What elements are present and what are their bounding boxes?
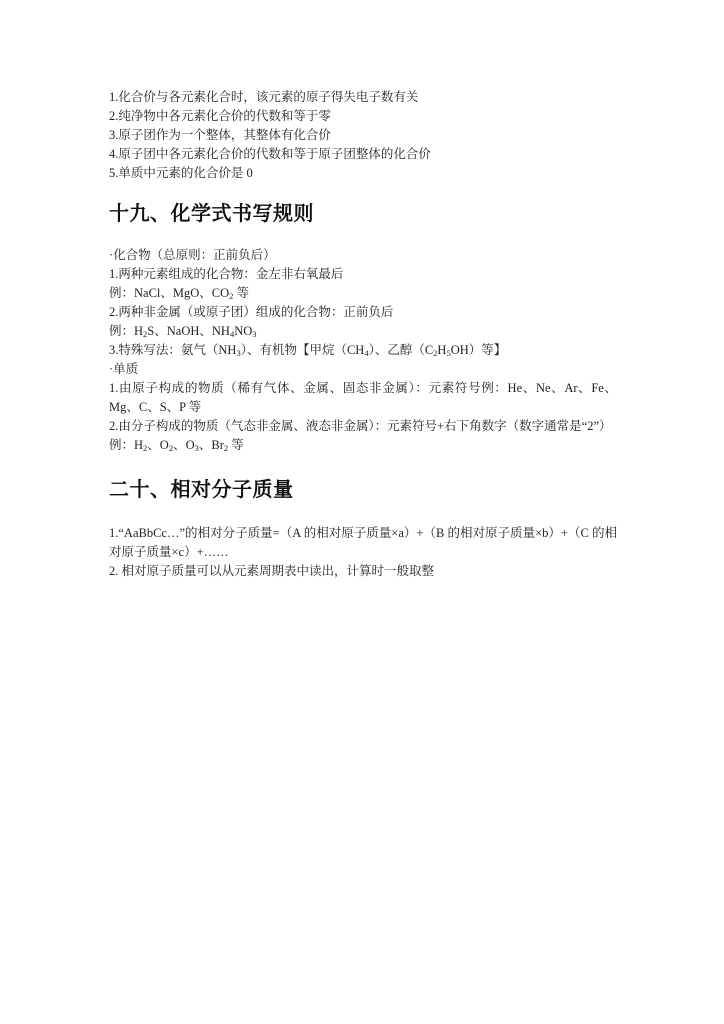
valence-rule: 3.原子团作为一个整体，其整体有化合价 <box>109 126 617 145</box>
example-prefix: 例： <box>109 286 134 300</box>
molecular-mass-rule-2: 2. 相对原子质量可以从元素周期表中读出，计算时一般取整 <box>109 562 617 581</box>
formula-text: ）、有机物【甲烷（CH <box>241 343 365 357</box>
subscript: 3 <box>252 329 256 339</box>
formula-text: 、O <box>173 438 195 452</box>
compound-example-2: 例：H2S、NaOH、NH4NO3 <box>109 322 617 341</box>
compound-example-1: 例：NaCl、MgO、CO2 等 <box>109 284 617 303</box>
formula-text: 、O <box>147 438 169 452</box>
formula-text: H <box>134 438 143 452</box>
section-19-heading: 十九、化学式书写规则 <box>109 199 617 227</box>
valence-rule: 1.化合价与各元素化合时，该元素的原子得失电子数有关 <box>109 88 617 107</box>
section-19-body: ·化合物（总原则：正前负后） 1.两种元素组成的化合物：金左非右氧最后 例：Na… <box>109 246 617 455</box>
formula-text: 、Br <box>199 438 224 452</box>
formula-text: NaCl、MgO、CO <box>134 286 229 300</box>
molecular-mass-rule-1: 1.“AaBbCc…”的相对分子质量=（A 的相对原子质量×a）+（B 的相对原… <box>109 524 617 562</box>
valence-rule: 5.单质中元素的化合价是 0 <box>109 164 617 183</box>
valence-rules-list: 1.化合价与各元素化合时，该元素的原子得失电子数有关 2.纯净物中各元素化合价的… <box>109 88 617 183</box>
formula-text: ）、乙醇（C <box>369 343 434 357</box>
compound-rule-1: 1.两种元素组成的化合物：金左非右氧最后 <box>109 265 617 284</box>
formula-text: 等 <box>233 286 249 300</box>
element-rule-2: 2.由分子构成的物质（气态非金属、液态非金属）：元素符号+右下角数字（数字通常是… <box>109 417 617 436</box>
element-example: 例：H2、O2、O3、Br2 等 <box>109 436 617 455</box>
formula-text: OH）等】 <box>451 343 507 357</box>
section-20-body: 1.“AaBbCc…”的相对分子质量=（A 的相对原子质量×a）+（B 的相对原… <box>109 524 617 581</box>
compound-header: ·化合物（总原则：正前负后） <box>109 246 617 265</box>
valence-rule: 4.原子团中各元素化合价的代数和等于原子团整体的化合价 <box>109 145 617 164</box>
formula-text: S、NaOH、NH <box>147 324 230 338</box>
formula-text: NO <box>234 324 252 338</box>
example-prefix: 例： <box>109 438 134 452</box>
document-page: 1.化合价与各元素化合时，该元素的原子得失电子数有关 2.纯净物中各元素化合价的… <box>109 88 617 581</box>
example-prefix: 例： <box>109 324 134 338</box>
compound-rule-2: 2.两种非金属（或原子团）组成的化合物：正前负后 <box>109 303 617 322</box>
formula-text: 3.特殊写法：氨气（NH <box>109 343 236 357</box>
formula-text: H <box>134 324 143 338</box>
compound-rule-3: 3.特殊写法：氨气（NH3）、有机物【甲烷（CH4）、乙醇（C2H5OH）等】 <box>109 341 617 360</box>
element-rule-1: 1.由原子构成的物质（稀有气体、金属、固态非金属）：元素符号例：He、Ne、Ar… <box>109 379 617 417</box>
section-20-heading: 二十、相对分子质量 <box>109 475 617 503</box>
formula-text: 等 <box>228 438 244 452</box>
valence-rule: 2.纯净物中各元素化合价的代数和等于零 <box>109 107 617 126</box>
element-header: ·单质 <box>109 360 617 379</box>
